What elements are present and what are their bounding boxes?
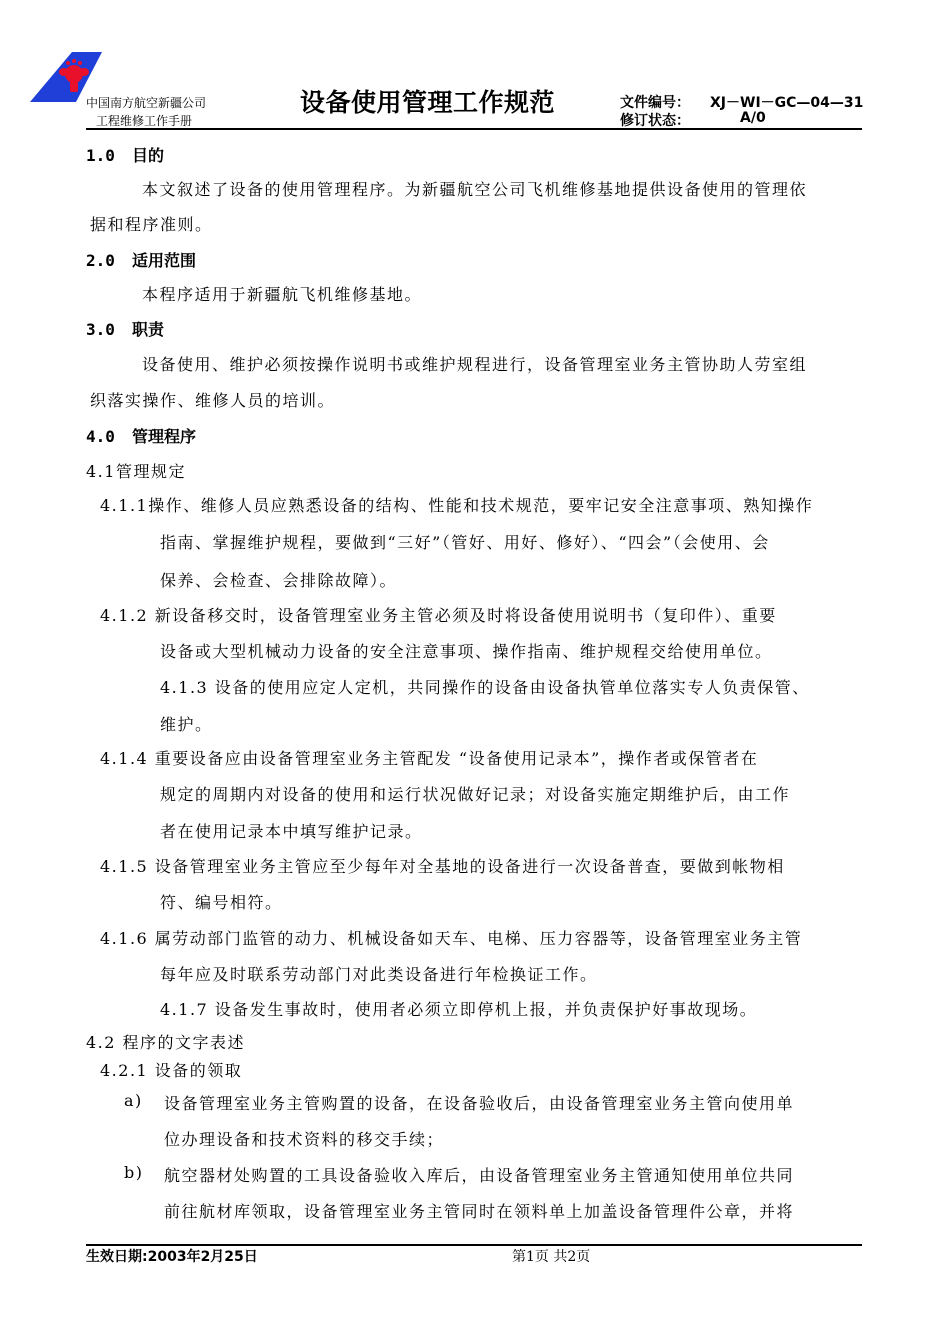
list-marker: b) — [124, 1163, 143, 1182]
list-item-text: 航空器材处购置的工具设备验收入库后，由设备管理室业务主管通知使用单位共同 — [164, 1163, 794, 1186]
clause-text: 4.1.6 属劳动部门监管的动力、机械设备如天车、电梯、压力容器等，设备管理室业… — [100, 926, 802, 949]
paragraph: 本文叙述了设备的使用管理程序。为新疆航空公司飞机维修基地提供设备使用的管理依 — [142, 177, 807, 200]
list-item-text: 前往航材库领取，设备管理室业务主管同时在领料单上加盖设备管理件公章，并将 — [164, 1199, 794, 1222]
subsection-heading: 4.2 程序的文字表述 — [86, 1030, 245, 1053]
paragraph: 织落实操作、维修人员的培训。 — [90, 388, 335, 411]
section-3-heading: 3.0职责 — [86, 317, 164, 340]
clause-text: 符、编号相符。 — [160, 890, 283, 913]
paragraph: 本程序适用于新疆航飞机维修基地。 — [142, 282, 422, 305]
revision-value: A/0 — [740, 110, 766, 126]
revision-label: 修订状态： — [620, 110, 690, 130]
clause-text: 设备或大型机械动力设备的安全注意事项、操作指南、维护规程交给使用单位。 — [160, 639, 773, 662]
list-item-text: 位办理设备和技术资料的移交手续； — [164, 1127, 444, 1150]
clause-text: 4.1.2 新设备移交时，设备管理室业务主管必须及时将设备使用说明书（复印件）、… — [100, 603, 777, 626]
company-name: 中国南方航空新疆公司 — [86, 94, 206, 111]
clause-text: 4.1.7 设备发生事故时，使用者必须立即停机上报，并负责保护好事故现场。 — [160, 997, 757, 1020]
doc-number-value: XJ－WI－GC—04—31 — [710, 92, 863, 112]
clause-text: 者在使用记录本中填写维护记录。 — [160, 819, 423, 842]
subsection-heading: 4.1管理规定 — [86, 459, 186, 482]
doc-number-label: 文件编号： — [620, 92, 690, 112]
document-title: 设备使用管理工作规范 — [300, 83, 555, 119]
list-item-text: 设备管理室业务主管购置的设备，在设备验收后，由设备管理室业务主管向使用单 — [164, 1091, 794, 1114]
section-1-heading: 1.0目的 — [86, 143, 164, 166]
page-number: 第1页 共2页 — [512, 1246, 590, 1266]
effective-date: 生效日期:2003年2月25日 — [86, 1246, 258, 1266]
manual-name: 工程维修工作手册 — [96, 112, 192, 129]
header-divider — [86, 128, 862, 130]
clause-text: 指南、掌握维护规程，要做到“三好”（管好、用好、修好）、“四会”（会使用、会 — [160, 530, 770, 553]
subsection-heading: 4.2.1 设备的领取 — [100, 1058, 242, 1081]
clause-text: 4.1.5 设备管理室业务主管应至少每年对全基地的设备进行一次设备普查，要做到帐… — [100, 854, 785, 877]
clause-text: 4.1.1操作、维修人员应熟悉设备的结构、性能和技术规范，要牢记安全注意事项、熟… — [100, 493, 813, 516]
clause-text: 保养、会检查、会排除故障）。 — [160, 568, 397, 591]
list-marker: a) — [124, 1091, 143, 1110]
clause-text: 4.1.4 重要设备应由设备管理室业务主管配发 “设备使用记录本”，操作者或保管… — [100, 746, 758, 769]
section-2-heading: 2.0适用范围 — [86, 248, 196, 271]
clause-text: 4.1.3 设备的使用应定人定机，共同操作的设备由设备执管单位落实专人负责保管、 — [160, 675, 810, 698]
paragraph: 设备使用、维护必须按操作说明书或维护规程进行，设备管理室业务主管协助人劳室组 — [142, 352, 807, 375]
clause-text: 维护。 — [160, 712, 213, 735]
clause-text: 每年应及时联系劳动部门对此类设备进行年检换证工作。 — [160, 962, 598, 985]
paragraph: 据和程序准则。 — [90, 212, 213, 235]
clause-text: 规定的周期内对设备的使用和运行状况做好记录；对设备实施定期维护后，由工作 — [160, 782, 790, 805]
section-4-heading: 4.0管理程序 — [86, 424, 196, 447]
